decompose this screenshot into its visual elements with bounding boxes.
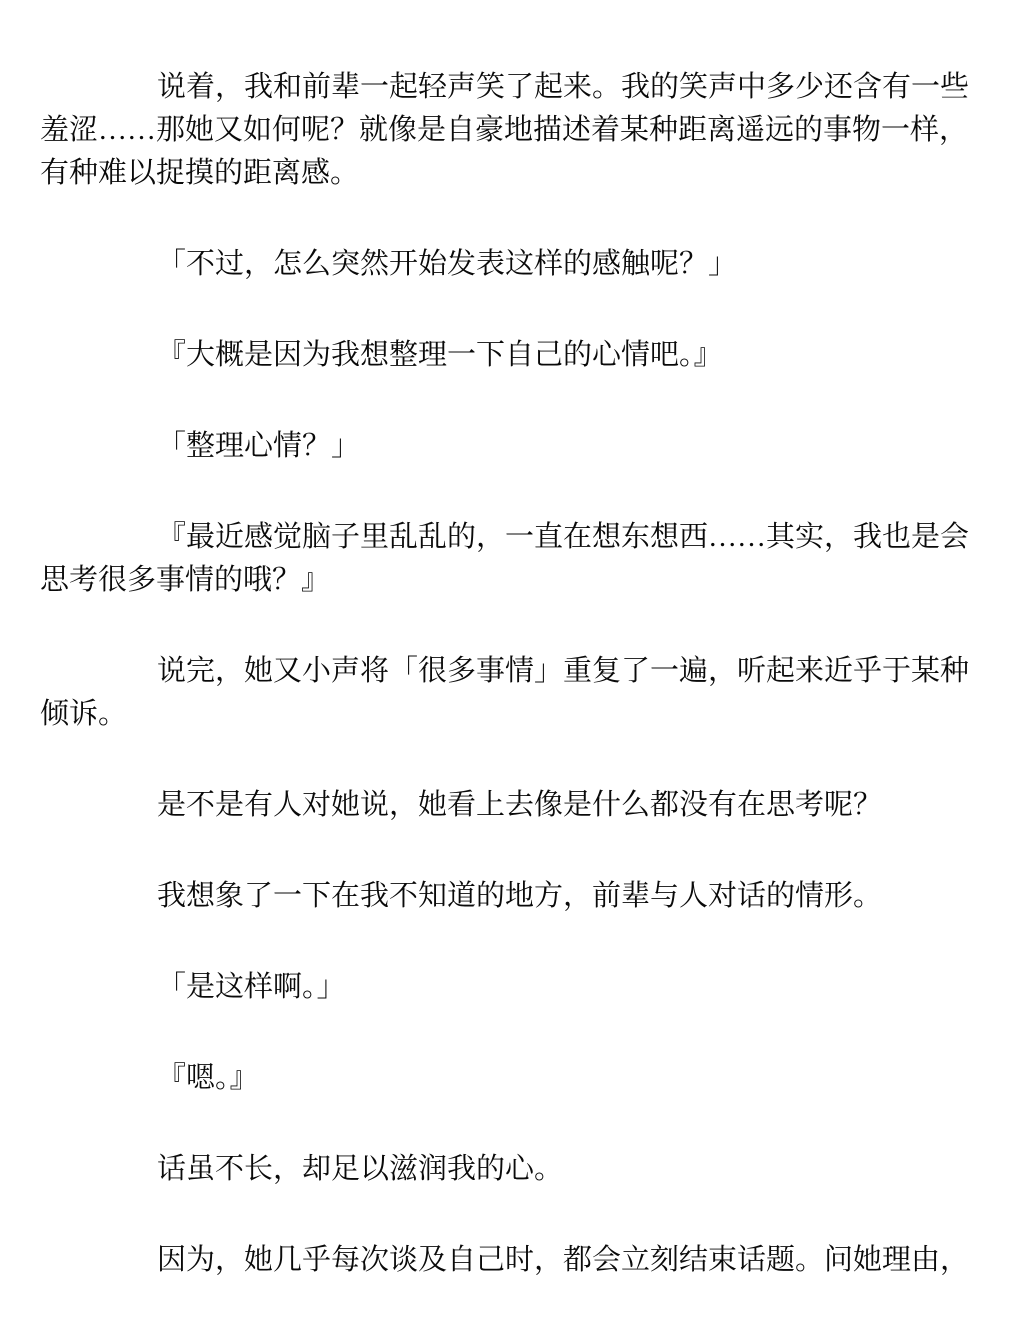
paragraph-dialogue: 『最近感觉脑子里乱乱的，一直在想东想西……其实，我也是会思考很多事情的哦？』	[40, 516, 978, 602]
paragraph-narration: 是不是有人对她说，她看上去像是什么都没有在思考呢？	[40, 784, 978, 827]
paragraph-dialogue: 「是这样啊。」	[40, 966, 978, 1009]
paragraph-narration: 说完，她又小声将「很多事情」重复了一遍，听起来近乎于某种倾诉。	[40, 650, 978, 736]
paragraph-dialogue: 「不过，怎么突然开始发表这样的感触呢？」	[40, 243, 978, 286]
paragraph-narration: 因为，她几乎每次谈及自己时，都会立刻结束话题。问她理由，	[40, 1239, 978, 1282]
paragraph-narration: 我想象了一下在我不知道的地方，前辈与人对话的情形。	[40, 875, 978, 918]
paragraph-narration: 说着，我和前辈一起轻声笑了起来。我的笑声中多少还含有一些羞涩……那她又如何呢？就…	[40, 66, 978, 195]
paragraph-dialogue: 『大概是因为我想整理一下自己的心情吧。』	[40, 334, 978, 377]
paragraph-dialogue: 『嗯。』	[40, 1057, 978, 1100]
paragraph-dialogue: 「整理心情？」	[40, 425, 978, 468]
novel-text-page: 说着，我和前辈一起轻声笑了起来。我的笑声中多少还含有一些羞涩……那她又如何呢？就…	[0, 0, 1020, 1320]
paragraph-narration: 话虽不长，却足以滋润我的心。	[40, 1148, 978, 1191]
